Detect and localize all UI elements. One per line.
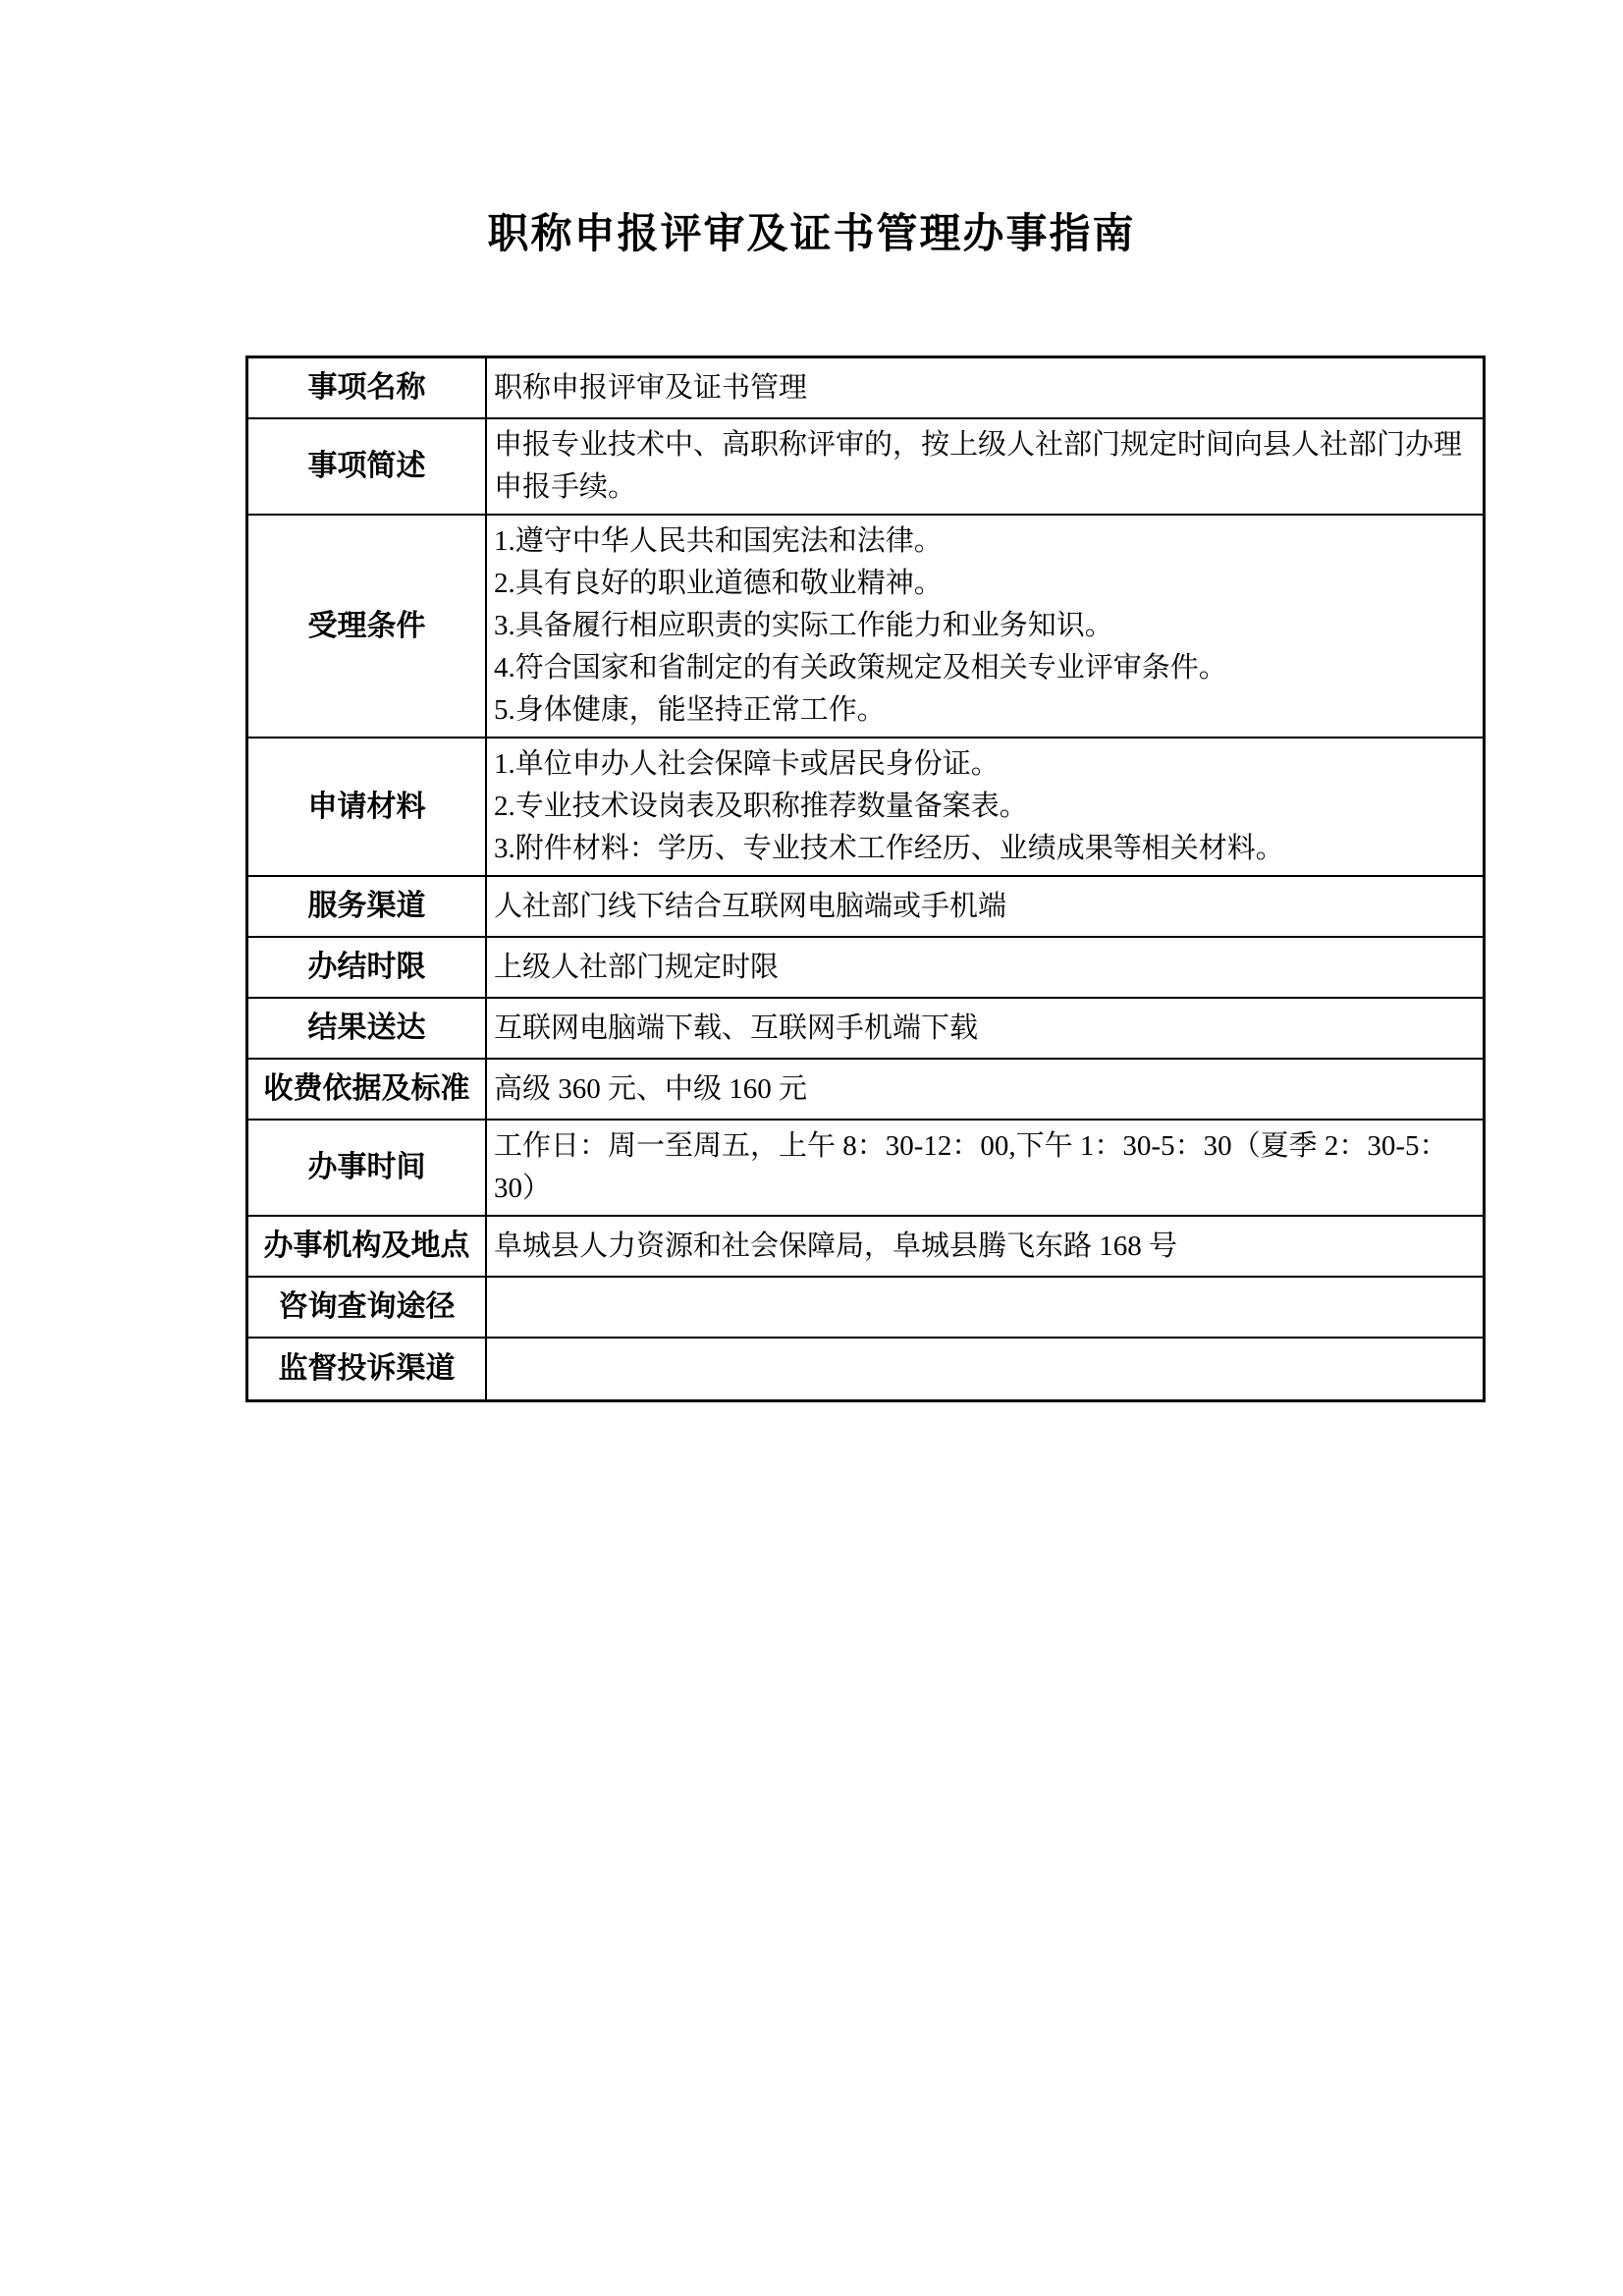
row-label: 办事时间 — [248, 1121, 487, 1215]
guide-table: 事项名称 职称申报评审及证书管理 事项简述 申报专业技术中、高职称评审的，按上级… — [245, 355, 1486, 1402]
row-value: 高级 360 元、中级 160 元 — [487, 1060, 1483, 1119]
table-row-agency-and-address: 办事机构及地点 阜城县人力资源和社会保障局，阜城县腾飞东路 168 号 — [248, 1217, 1483, 1278]
row-value: 工作日：周一至周五，上午 8：30-12：00,下午 1：30-5：30（夏季 … — [487, 1121, 1483, 1215]
table-row-item-name: 事项名称 职称申报评审及证书管理 — [248, 358, 1483, 419]
row-label: 事项名称 — [248, 358, 487, 417]
row-value: 人社部门线下结合互联网电脑端或手机端 — [487, 877, 1483, 936]
table-row-supervision-complaint-channels: 监督投诉渠道 — [248, 1339, 1483, 1399]
row-value: 1.单位申办人社会保障卡或居民身份证。 2.专业技术设岗表及职称推荐数量备案表。… — [487, 738, 1483, 875]
table-row-inquiry-channels: 咨询查询途径 — [248, 1278, 1483, 1339]
row-label: 咨询查询途径 — [248, 1278, 487, 1337]
document-page: 职称申报评审及证书管理办事指南 事项名称 职称申报评审及证书管理 事项简述 申报… — [0, 0, 1623, 2296]
row-value — [487, 1339, 1483, 1399]
table-row-completion-time-limit: 办结时限 上级人社部门规定时限 — [248, 938, 1483, 999]
row-value: 上级人社部门规定时限 — [487, 938, 1483, 997]
row-label: 结果送达 — [248, 999, 487, 1058]
row-label: 监督投诉渠道 — [248, 1339, 487, 1399]
table-row-item-summary: 事项简述 申报专业技术中、高职称评审的，按上级人社部门规定时间向县人社部门办理申… — [248, 419, 1483, 516]
row-value: 职称申报评审及证书管理 — [487, 358, 1483, 417]
table-row-application-materials: 申请材料 1.单位申办人社会保障卡或居民身份证。 2.专业技术设岗表及职称推荐数… — [248, 738, 1483, 877]
row-value: 申报专业技术中、高职称评审的，按上级人社部门规定时间向县人社部门办理申报手续。 — [487, 419, 1483, 514]
row-label: 办结时限 — [248, 938, 487, 997]
table-row-acceptance-conditions: 受理条件 1.遵守中华人民共和国宪法和法律。 2.具有良好的职业道德和敬业精神。… — [248, 516, 1483, 738]
row-label: 事项简述 — [248, 419, 487, 514]
row-label: 办事机构及地点 — [248, 1217, 487, 1276]
row-value: 1.遵守中华人民共和国宪法和法律。 2.具有良好的职业道德和敬业精神。 3.具备… — [487, 516, 1483, 737]
table-row-fee-basis-standard: 收费依据及标准 高级 360 元、中级 160 元 — [248, 1060, 1483, 1121]
row-label: 受理条件 — [248, 516, 487, 737]
row-label: 收费依据及标准 — [248, 1060, 487, 1119]
page-title: 职称申报评审及证书管理办事指南 — [0, 0, 1623, 260]
row-value: 互联网电脑端下载、互联网手机端下载 — [487, 999, 1483, 1058]
table-row-service-channel: 服务渠道 人社部门线下结合互联网电脑端或手机端 — [248, 877, 1483, 938]
table-row-result-delivery: 结果送达 互联网电脑端下载、互联网手机端下载 — [248, 999, 1483, 1060]
row-value — [487, 1278, 1483, 1337]
row-label: 服务渠道 — [248, 877, 487, 936]
row-label: 申请材料 — [248, 738, 487, 875]
table-row-office-hours: 办事时间 工作日：周一至周五，上午 8：30-12：00,下午 1：30-5：3… — [248, 1121, 1483, 1217]
row-value: 阜城县人力资源和社会保障局，阜城县腾飞东路 168 号 — [487, 1217, 1483, 1276]
